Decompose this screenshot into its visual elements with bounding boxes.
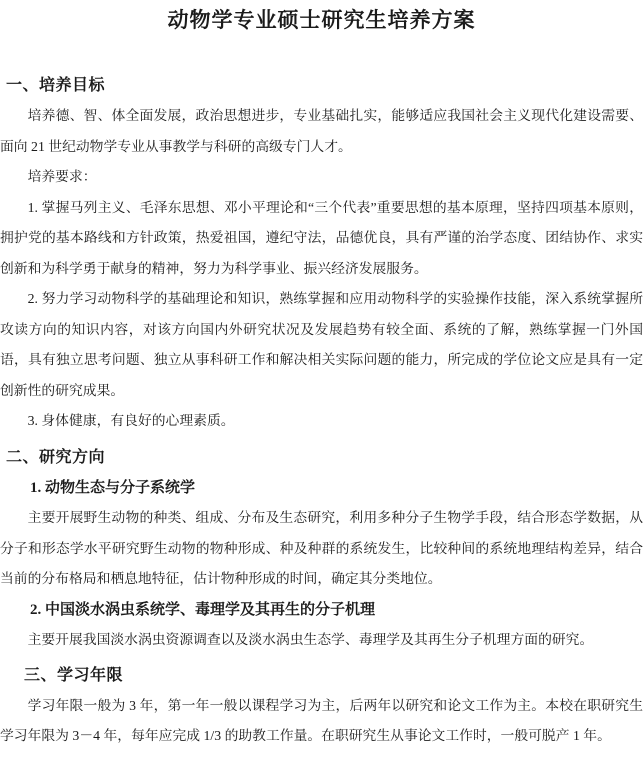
section-heading-study-duration: 三、学习年限	[0, 661, 643, 691]
para-study-duration: 学习年限一般为 3 年，第一年一般以课程学习为主，后两年以研究和论文工作为主。本…	[0, 691, 643, 752]
document-title: 动物学专业硕士研究生培养方案	[0, 8, 643, 34]
para-research-direction-1: 主要开展野生动物的种类、组成、分布及生态研究，利用多种分子生物学手段，结合形态学…	[0, 503, 643, 595]
para-research-direction-2: 主要开展我国淡水涡虫资源调查以及淡水涡虫生态学、毒理学及其再生分子机理方面的研究…	[0, 625, 643, 656]
subheading-research-direction-2: 2. 中国淡水涡虫系统学、毒理学及其再生的分子机理	[0, 595, 643, 626]
para-requirement-3: 3. 身体健康，有良好的心理素质。	[0, 406, 643, 437]
subheading-research-direction-1: 1. 动物生态与分子系统学	[0, 473, 643, 504]
para-objectives-overview: 培养德、智、体全面发展，政治思想进步，专业基础扎实，能够适应我国社会主义现代化建…	[0, 101, 643, 162]
para-requirement-1: 1. 掌握马列主义、毛泽东思想、邓小平理论和“三个代表”重要思想的基本原理，坚持…	[0, 193, 643, 285]
para-requirements-label: 培养要求：	[0, 162, 643, 193]
document-page: 动物学专业硕士研究生培养方案 一、培养目标 培养德、智、体全面发展，政治思想进步…	[0, 0, 643, 757]
section-heading-research-directions: 二、研究方向	[0, 443, 643, 473]
para-requirement-2: 2. 努力学习动物科学的基础理论和知识，熟练掌握和应用动物科学的实验操作技能，深…	[0, 284, 643, 406]
section-heading-training-objectives: 一、培养目标	[0, 71, 643, 101]
